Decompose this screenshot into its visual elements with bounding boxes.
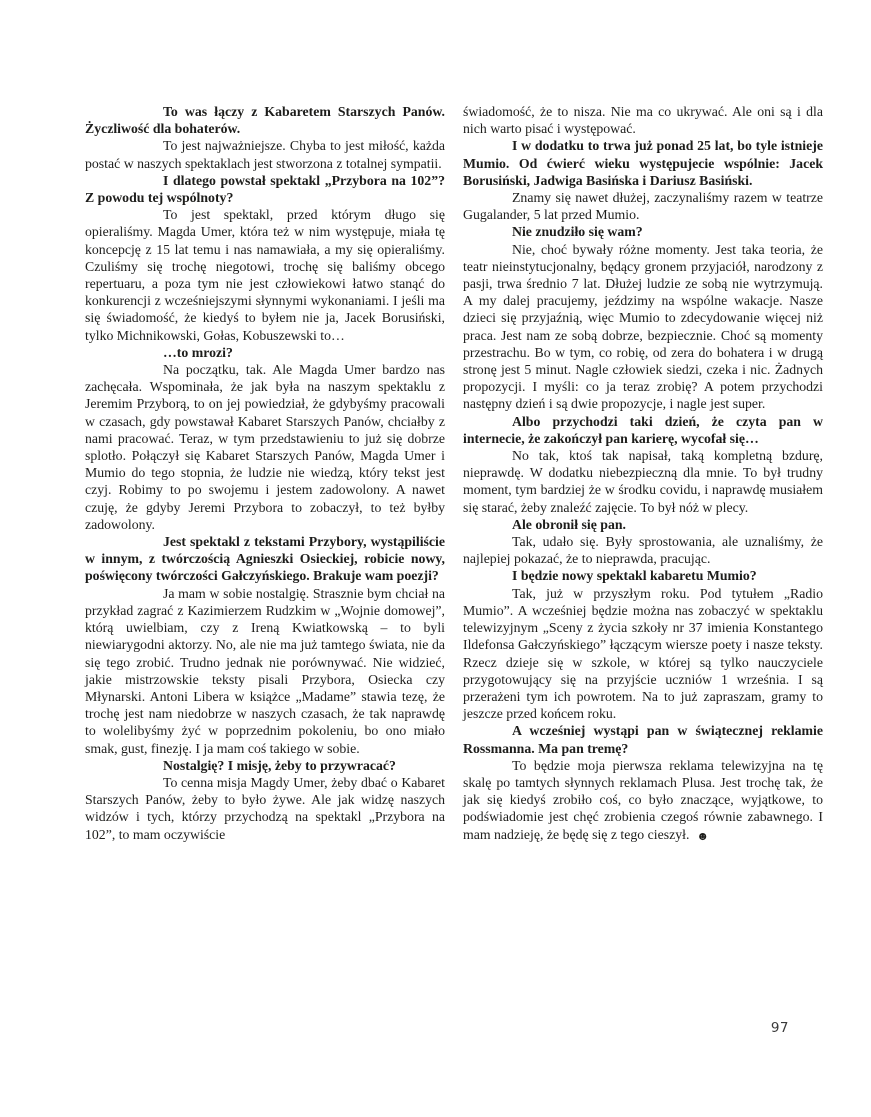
interview-question: I w dodatku to trwa już ponad 25 lat, bo… bbox=[463, 137, 823, 189]
page-number: 97 bbox=[771, 1020, 789, 1036]
interview-question: Ale obronił się pan. bbox=[463, 516, 823, 533]
right-column: świadomość, że to nisza. Nie ma co ukryw… bbox=[463, 103, 823, 844]
interview-question: Jest spektakl z tekstami Przybory, wystą… bbox=[85, 533, 445, 585]
interview-question: Nostalgię? I misję, żeby to przywracać? bbox=[85, 757, 445, 774]
interview-question: I dlatego powstał spektakl „Przybora na … bbox=[85, 172, 445, 206]
interview-answer: To będzie moja pierwsza reklama telewizy… bbox=[463, 757, 823, 844]
interview-answer: Na początku, tak. Ale Magda Umer bardzo … bbox=[85, 361, 445, 533]
interview-answer: No tak, ktoś tak napisał, taką kompletną… bbox=[463, 447, 823, 516]
interview-answer: Znamy się nawet dłużej, zaczynaliśmy raz… bbox=[463, 189, 823, 223]
interview-answer: Tak, udało się. Były sprostowania, ale u… bbox=[463, 533, 823, 567]
interview-answer: Tak, już w przyszłym roku. Pod tytułem „… bbox=[463, 585, 823, 723]
interview-answer: świadomość, że to nisza. Nie ma co ukryw… bbox=[463, 103, 823, 137]
interview-answer: To jest spektakl, przed którym długo się… bbox=[85, 206, 445, 344]
article-columns: To was łączy z Kabaretem Starszych Panów… bbox=[85, 103, 823, 844]
interview-question: To was łączy z Kabaretem Starszych Panów… bbox=[85, 103, 445, 137]
magazine-page: To was łączy z Kabaretem Starszych Panów… bbox=[0, 0, 871, 1117]
end-of-article-icon: ☻ bbox=[696, 828, 709, 845]
interview-question: Albo przychodzi taki dzień, że czyta pan… bbox=[463, 413, 823, 447]
interview-question: A wcześniej wystąpi pan w świątecznej re… bbox=[463, 722, 823, 756]
interview-question: Nie znudziło się wam? bbox=[463, 223, 823, 240]
interview-question: I będzie nowy spektakl kabaretu Mumio? bbox=[463, 567, 823, 584]
interview-answer: To cenna misja Magdy Umer, żeby dbać o K… bbox=[85, 774, 445, 843]
interview-answer: Nie, choć bywały różne momenty. Jest tak… bbox=[463, 241, 823, 413]
left-column: To was łączy z Kabaretem Starszych Panów… bbox=[85, 103, 445, 844]
interview-answer: To jest najważniejsze. Chyba to jest mił… bbox=[85, 137, 445, 171]
interview-answer: Ja mam w sobie nostalgię. Strasznie bym … bbox=[85, 585, 445, 757]
interview-question: …to mrozi? bbox=[85, 344, 445, 361]
